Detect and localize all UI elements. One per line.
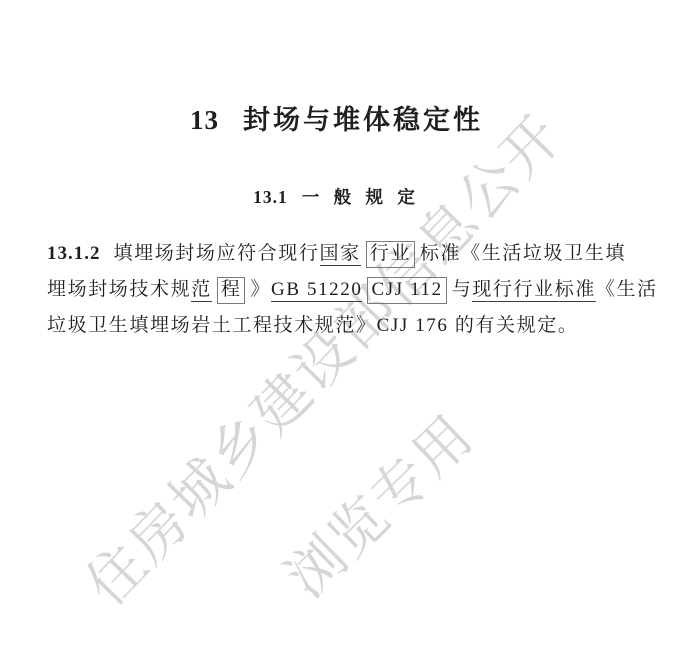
clause-line: 埋场封场技术规范程》GB 51220CJJ 112与现行行业标准《生活: [47, 272, 643, 308]
deleted-text-box: 程: [217, 277, 246, 304]
inserted-text-underlined: GB 51220: [271, 279, 362, 302]
deleted-text-box: CJJ 112: [367, 277, 446, 304]
document-page: 住房城乡建设部信息公开 浏览专用 13封场与堆体稳定性 13.1一 般 规 定 …: [0, 0, 673, 669]
chapter-title: 13封场与堆体稳定性: [0, 104, 673, 136]
section-name: 一 般 规 定: [302, 187, 420, 207]
page-content: 13封场与堆体稳定性 13.1一 般 规 定 13.1.2填埋场封场应符合现行国…: [0, 0, 673, 669]
text-segment: 《生活: [596, 279, 658, 300]
text-segment: 标准《生活垃圾卫生填: [420, 243, 626, 264]
clause-body: 13.1.2填埋场封场应符合现行国家行业标准《生活垃圾卫生填埋场封场技术规范程》…: [47, 236, 643, 344]
clause-line: 垃圾卫生填埋场岩土工程技术规范》CJJ 176 的有关规定。: [47, 308, 643, 344]
section-title: 13.1一 般 规 定: [0, 185, 673, 209]
inserted-text-underlined: 现行行业标准: [472, 279, 596, 302]
inserted-text-underlined: 范: [191, 279, 212, 302]
inserted-text-underlined: 国家: [320, 243, 361, 266]
deleted-text-box: 行业: [366, 241, 415, 268]
text-segment: 》: [250, 279, 271, 300]
text-segment: 垃圾卫生填埋场岩土工程技术规范》CJJ 176 的有关规定。: [47, 315, 578, 336]
clause-line: 13.1.2填埋场封场应符合现行国家行业标准《生活垃圾卫生填: [47, 236, 643, 272]
text-segment: 与: [452, 279, 473, 300]
clause-number: 13.1.2: [47, 243, 101, 264]
text-segment: 埋场封场技术规: [47, 279, 191, 300]
chapter-number: 13: [190, 105, 219, 135]
text-segment: 填埋场封场应符合现行: [114, 243, 320, 264]
section-number: 13.1: [253, 187, 288, 207]
chapter-name: 封场与堆体稳定性: [243, 105, 483, 135]
